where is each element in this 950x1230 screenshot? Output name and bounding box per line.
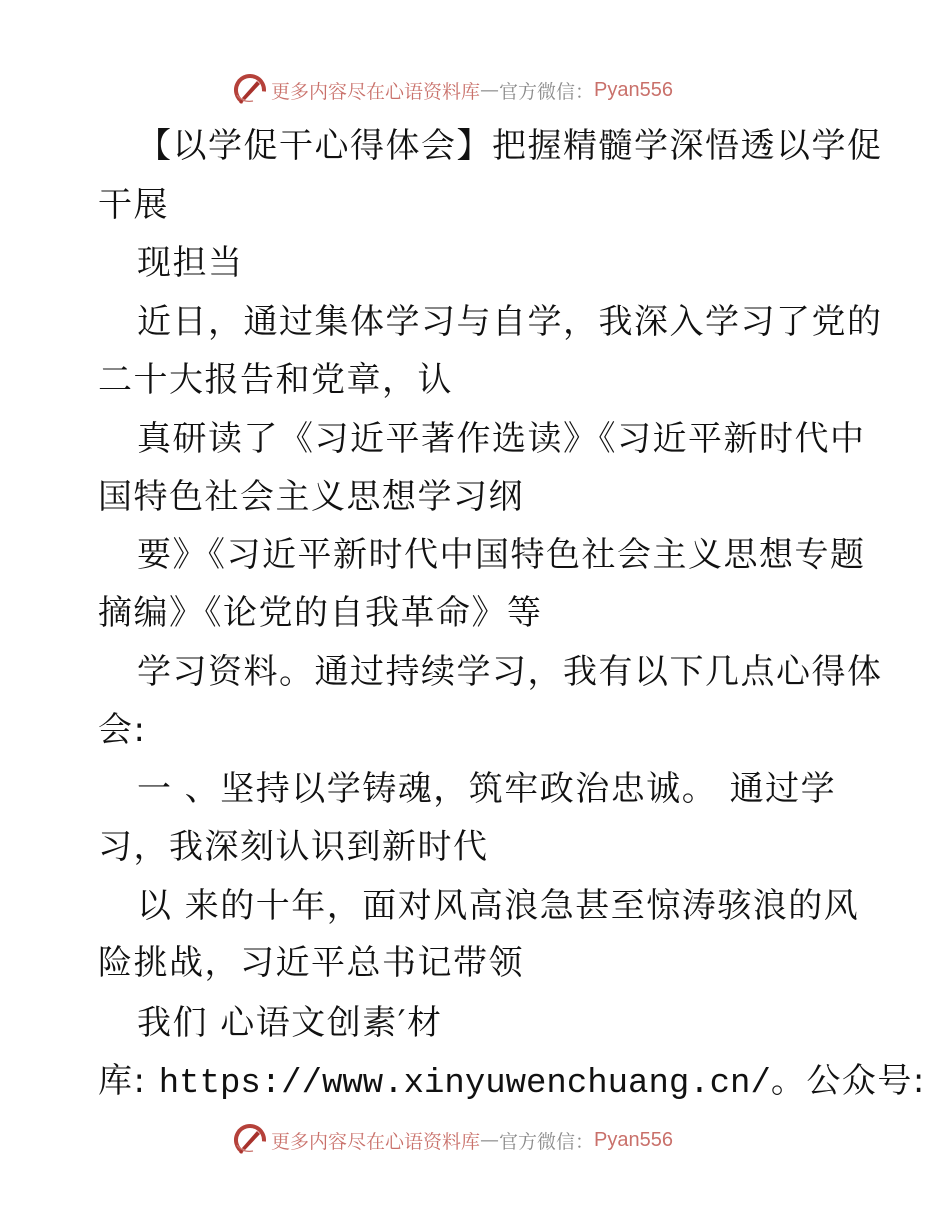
watermark-official-label: 官方微信： (499, 77, 594, 104)
watermark-wechat-id: Pyan556 (594, 1129, 673, 1152)
paragraph-line: 习，我深刻认识到新时代 (98, 827, 489, 867)
watermark-official-label: 官方微信： (499, 1127, 594, 1154)
paragraph-line: 我们 心语文创素′材 (137, 1003, 443, 1043)
paragraph-line: 以 来的十年，面对风高浪急甚至惊涛骇浪的风 (137, 886, 859, 926)
section-heading-line: 一 、坚持以学铸魂，筑牢政治忠诚。 通过学 (137, 769, 836, 809)
paragraph-line: 国特色社会主义思想学习纲 (98, 477, 524, 517)
watermark-main-text: 更多内容尽在心语资料库 (271, 1127, 480, 1154)
paragraph-line: 二十大报告和党章，认 (98, 360, 453, 400)
title-line-1: 【以学促干心得体会】把握精髓学深悟透以学促 (137, 126, 883, 166)
paragraph-line: 要》《习近平新时代中国特色社会主义思想专题 (137, 535, 866, 575)
paragraph-line: 险挑战，习近平总书记带领 (98, 943, 524, 983)
watermark-wechat-id: Pyan556 (594, 79, 673, 102)
paragraph-line: 真研读了《习近平著作选读》《习近平新时代中 (137, 419, 866, 459)
quill-pen-logo-icon (233, 1123, 267, 1157)
header-watermark: 更多内容尽在心语资料库 — 官方微信： Pyan556 (233, 70, 673, 110)
paragraph-line: 摘编》《论党的自我革命》等 (98, 593, 543, 633)
source-suffix: 。公众号: (771, 1061, 926, 1101)
source-url-link[interactable]: https://www.xinyuwenchuang.cn/ (159, 1065, 771, 1103)
watermark-dash: — (480, 79, 499, 101)
paragraph-line: 学习资料。通过持续学习，我有以下几点心得体 (137, 652, 883, 692)
quill-pen-logo-icon (233, 73, 267, 107)
source-line: 库: https://www.xinyuwenchuang.cn/。公众号: (98, 1061, 926, 1104)
paragraph-line: 近日，通过集体学习与自学，我深入学习了党的 (137, 302, 883, 342)
watermark-main-text: 更多内容尽在心语资料库 (271, 77, 480, 104)
footer-watermark: 更多内容尽在心语资料库 — 官方微信： Pyan556 (233, 1120, 673, 1160)
title-line-3: 现担当 (137, 243, 244, 283)
source-prefix: 库: (98, 1061, 159, 1101)
title-line-2: 干展 (98, 185, 169, 225)
paragraph-line: 会: (98, 710, 146, 750)
watermark-dash: — (480, 1129, 499, 1151)
